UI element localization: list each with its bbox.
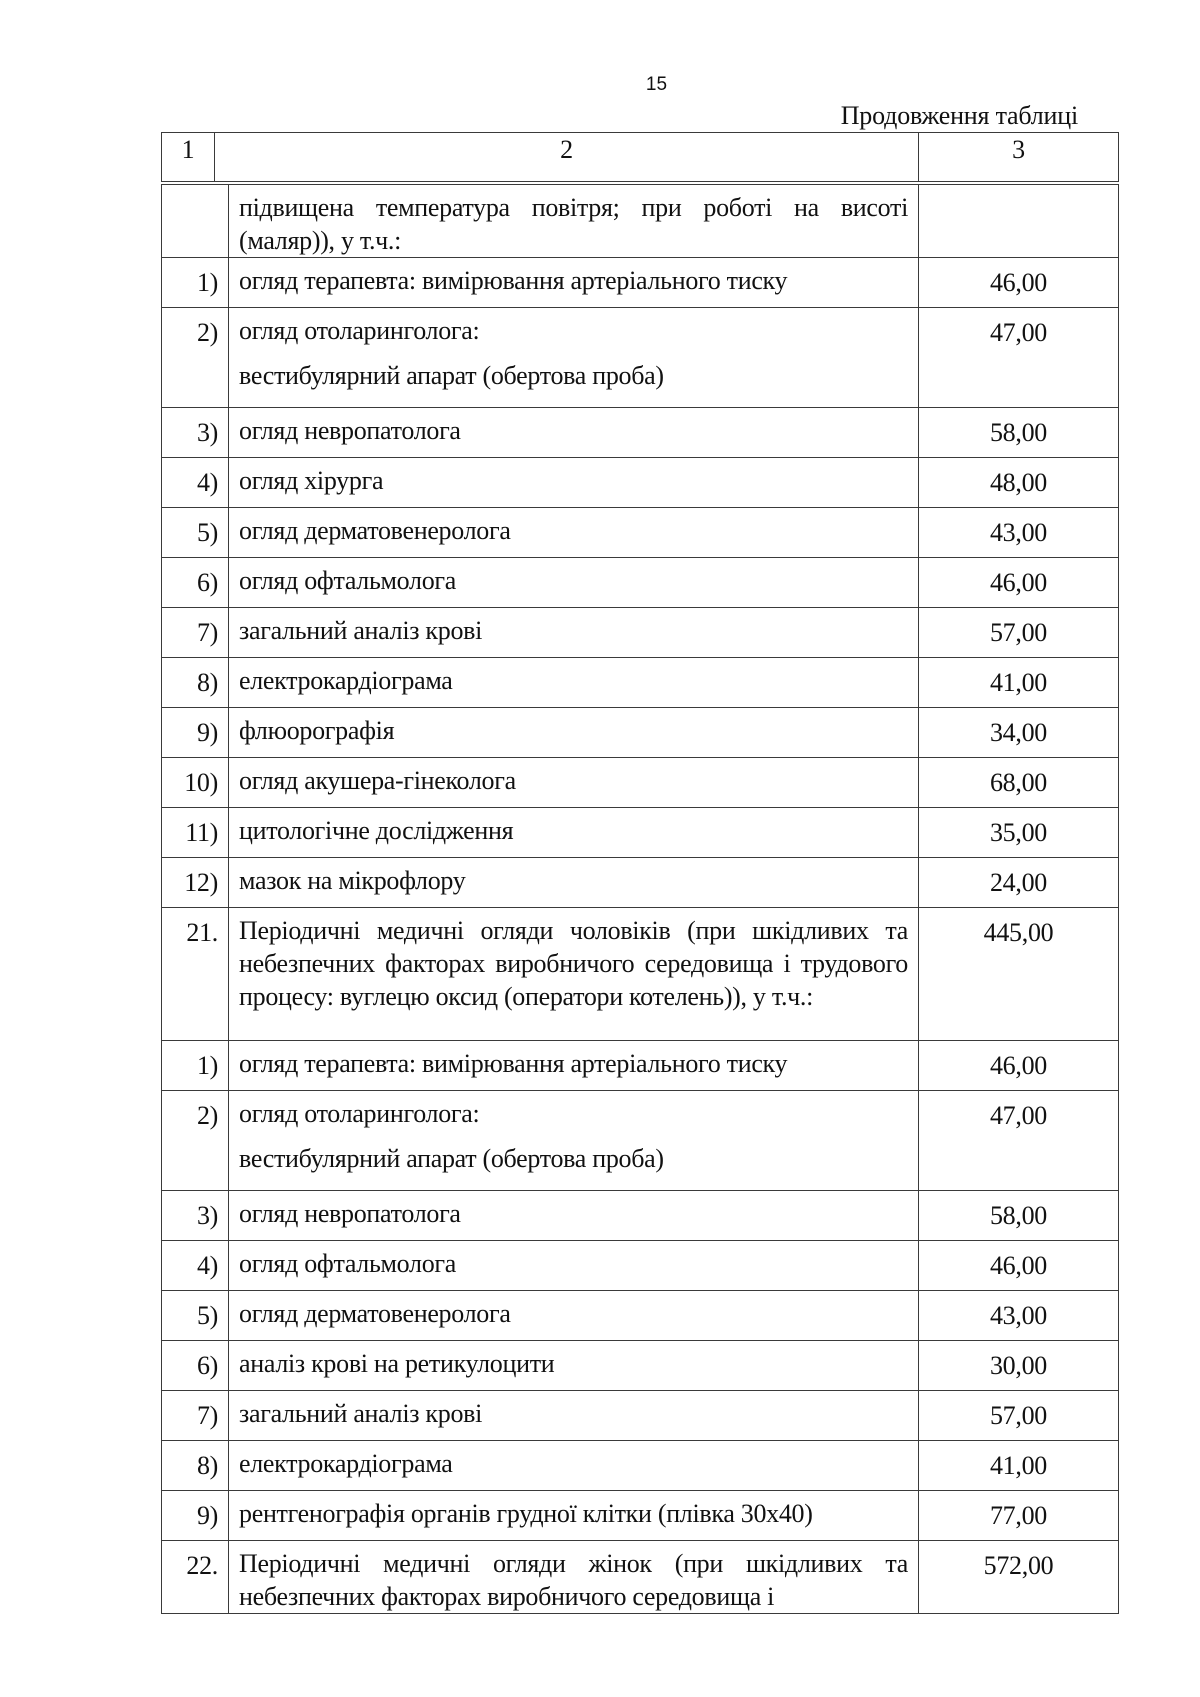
- column-number-row: 1 2 3: [162, 133, 1119, 182]
- row-price: 46,00: [919, 558, 1119, 608]
- row-description: огляд невропатолога: [229, 1191, 919, 1241]
- description-text: Періодичні медичні огляди чоловіків (при…: [239, 916, 908, 1011]
- table-row: підвищена температура повітря; при робот…: [162, 185, 1119, 258]
- row-number: 11): [162, 808, 229, 858]
- table-row: 10)огляд акушера-гінеколога68,00: [162, 758, 1119, 808]
- row-price: 58,00: [919, 408, 1119, 458]
- row-description: огляд офтальмолога: [229, 558, 919, 608]
- table-row: 9)рентгенографія органів грудної клітки …: [162, 1491, 1119, 1541]
- description-text: огляд невропатолога: [239, 416, 461, 445]
- row-description: рентгенографія органів грудної клітки (п…: [229, 1491, 919, 1541]
- row-number: 21.: [162, 908, 229, 1041]
- description-text: Періодичні медичні огляди жінок (при шкі…: [239, 1549, 908, 1611]
- row-description: загальний аналіз крові: [229, 608, 919, 658]
- row-number: 2): [162, 1091, 229, 1191]
- table-row: 2)огляд отоларинголога:вестибулярний апа…: [162, 308, 1119, 408]
- row-description: огляд дерматовенеролога: [229, 508, 919, 558]
- description-text: електрокардіограма: [239, 1449, 453, 1478]
- description-text: огляд офтальмолога: [239, 566, 456, 595]
- description-text: цитологічне дослідження: [239, 816, 513, 845]
- row-description: електрокардіограма: [229, 1441, 919, 1491]
- row-description: огляд терапевта: вимірювання артеріально…: [229, 1041, 919, 1091]
- description-text: загальний аналіз крові: [239, 1399, 482, 1428]
- row-price: 46,00: [919, 258, 1119, 308]
- row-price: 57,00: [919, 608, 1119, 658]
- row-number: 8): [162, 658, 229, 708]
- row-description: загальний аналіз крові: [229, 1391, 919, 1441]
- row-price: 77,00: [919, 1491, 1119, 1541]
- row-number: 22.: [162, 1541, 229, 1614]
- description-subtext: вестибулярний апарат (обертова проба): [239, 359, 908, 392]
- table-row: 3)огляд невропатолога58,00: [162, 408, 1119, 458]
- row-description: огляд терапевта: вимірювання артеріально…: [229, 258, 919, 308]
- row-price: 46,00: [919, 1241, 1119, 1291]
- row-price: [919, 185, 1119, 258]
- description-text: аналіз крові на ретикулоцити: [239, 1349, 554, 1378]
- table-row: 21.Періодичні медичні огляди чоловіків (…: [162, 908, 1119, 1041]
- row-price: 47,00: [919, 308, 1119, 408]
- row-number: 7): [162, 1391, 229, 1441]
- table-continuation-label: Продовження таблиці: [841, 101, 1078, 131]
- row-price: 445,00: [919, 908, 1119, 1041]
- table-row: 8)електрокардіограма41,00: [162, 658, 1119, 708]
- description-text: огляд отоларинголога:: [239, 316, 479, 345]
- description-text: огляд отоларинголога:: [239, 1099, 479, 1128]
- row-description: аналіз крові на ретикулоцити: [229, 1341, 919, 1391]
- row-price: 41,00: [919, 1441, 1119, 1491]
- table-row: 22.Періодичні медичні огляди жінок (при …: [162, 1541, 1119, 1614]
- description-text: флюорографія: [239, 716, 394, 745]
- table-body: підвищена температура повітря; при робот…: [162, 185, 1119, 1614]
- table-row: 7)загальний аналіз крові57,00: [162, 608, 1119, 658]
- row-price: 572,00: [919, 1541, 1119, 1614]
- row-price: 48,00: [919, 458, 1119, 508]
- table-column-header: 1 2 3: [161, 132, 1119, 182]
- row-number: 2): [162, 308, 229, 408]
- table-row: 1)огляд терапевта: вимірювання артеріаль…: [162, 1041, 1119, 1091]
- description-text: електрокардіограма: [239, 666, 453, 695]
- row-description: мазок на мікрофлору: [229, 858, 919, 908]
- row-description: підвищена температура повітря; при робот…: [229, 185, 919, 258]
- description-subtext: вестибулярний апарат (обертова проба): [239, 1142, 908, 1175]
- row-number: 7): [162, 608, 229, 658]
- row-description: огляд дерматовенеролога: [229, 1291, 919, 1341]
- description-text: огляд невропатолога: [239, 1199, 461, 1228]
- description-text: загальний аналіз крові: [239, 616, 482, 645]
- row-description: огляд хірурга: [229, 458, 919, 508]
- row-number: 9): [162, 708, 229, 758]
- row-description: огляд офтальмолога: [229, 1241, 919, 1291]
- description-text: огляд акушера-гінеколога: [239, 766, 516, 795]
- table-row: 4)огляд офтальмолога46,00: [162, 1241, 1119, 1291]
- row-number: 10): [162, 758, 229, 808]
- row-number: 1): [162, 258, 229, 308]
- description-text: огляд офтальмолога: [239, 1249, 456, 1278]
- row-price: 30,00: [919, 1341, 1119, 1391]
- row-description: огляд невропатолога: [229, 408, 919, 458]
- row-number: [162, 185, 229, 258]
- table-row: 8)електрокардіограма41,00: [162, 1441, 1119, 1491]
- table-row: 11)цитологічне дослідження35,00: [162, 808, 1119, 858]
- row-description: флюорографія: [229, 708, 919, 758]
- row-price: 68,00: [919, 758, 1119, 808]
- row-number: 3): [162, 408, 229, 458]
- table-row: 5)огляд дерматовенеролога43,00: [162, 1291, 1119, 1341]
- page-number: 15: [0, 74, 1200, 96]
- description-text: рентгенографія органів грудної клітки (п…: [239, 1499, 813, 1528]
- table-row: 3)огляд невропатолога58,00: [162, 1191, 1119, 1241]
- table-row: 12)мазок на мікрофлору24,00: [162, 858, 1119, 908]
- row-price: 35,00: [919, 808, 1119, 858]
- table-row: 4)огляд хірурга48,00: [162, 458, 1119, 508]
- row-price: 47,00: [919, 1091, 1119, 1191]
- row-number: 3): [162, 1191, 229, 1241]
- table-row: 6)огляд офтальмолога46,00: [162, 558, 1119, 608]
- description-text: огляд дерматовенеролога: [239, 1299, 511, 1328]
- table-row: 5)огляд дерматовенеролога43,00: [162, 508, 1119, 558]
- row-description: електрокардіограма: [229, 658, 919, 708]
- row-description: Періодичні медичні огляди чоловіків (при…: [229, 908, 919, 1041]
- table-row: 6)аналіз крові на ретикулоцити30,00: [162, 1341, 1119, 1391]
- table-row: 1)огляд терапевта: вимірювання артеріаль…: [162, 258, 1119, 308]
- row-price: 57,00: [919, 1391, 1119, 1441]
- row-description: огляд отоларинголога:вестибулярний апара…: [229, 308, 919, 408]
- column-header-2: 2: [215, 133, 919, 182]
- row-number: 6): [162, 1341, 229, 1391]
- row-price: 34,00: [919, 708, 1119, 758]
- row-number: 5): [162, 508, 229, 558]
- column-header-3: 3: [919, 133, 1119, 182]
- row-price: 43,00: [919, 508, 1119, 558]
- row-number: 8): [162, 1441, 229, 1491]
- row-price: 41,00: [919, 658, 1119, 708]
- row-number: 5): [162, 1291, 229, 1341]
- description-text: мазок на мікрофлору: [239, 866, 465, 895]
- row-number: 6): [162, 558, 229, 608]
- description-text: огляд терапевта: вимірювання артеріально…: [239, 1049, 787, 1078]
- row-number: 1): [162, 1041, 229, 1091]
- table-row: 2)огляд отоларинголога:вестибулярний апа…: [162, 1091, 1119, 1191]
- row-number: 4): [162, 1241, 229, 1291]
- description-text: огляд дерматовенеролога: [239, 516, 511, 545]
- description-text: огляд хірурга: [239, 466, 383, 495]
- description-text: підвищена температура повітря; при робот…: [239, 193, 908, 255]
- table-row: 7)загальний аналіз крові57,00: [162, 1391, 1119, 1441]
- table-row: 9)флюорографія34,00: [162, 708, 1119, 758]
- column-header-1: 1: [162, 133, 215, 182]
- row-description: огляд отоларинголога:вестибулярний апара…: [229, 1091, 919, 1191]
- row-price: 24,00: [919, 858, 1119, 908]
- row-price: 46,00: [919, 1041, 1119, 1091]
- row-description: цитологічне дослідження: [229, 808, 919, 858]
- row-price: 58,00: [919, 1191, 1119, 1241]
- row-description: огляд акушера-гінеколога: [229, 758, 919, 808]
- row-number: 12): [162, 858, 229, 908]
- row-number: 9): [162, 1491, 229, 1541]
- services-price-table: підвищена температура повітря; при робот…: [161, 184, 1119, 1614]
- row-number: 4): [162, 458, 229, 508]
- row-price: 43,00: [919, 1291, 1119, 1341]
- row-description: Періодичні медичні огляди жінок (при шкі…: [229, 1541, 919, 1614]
- description-text: огляд терапевта: вимірювання артеріально…: [239, 266, 787, 295]
